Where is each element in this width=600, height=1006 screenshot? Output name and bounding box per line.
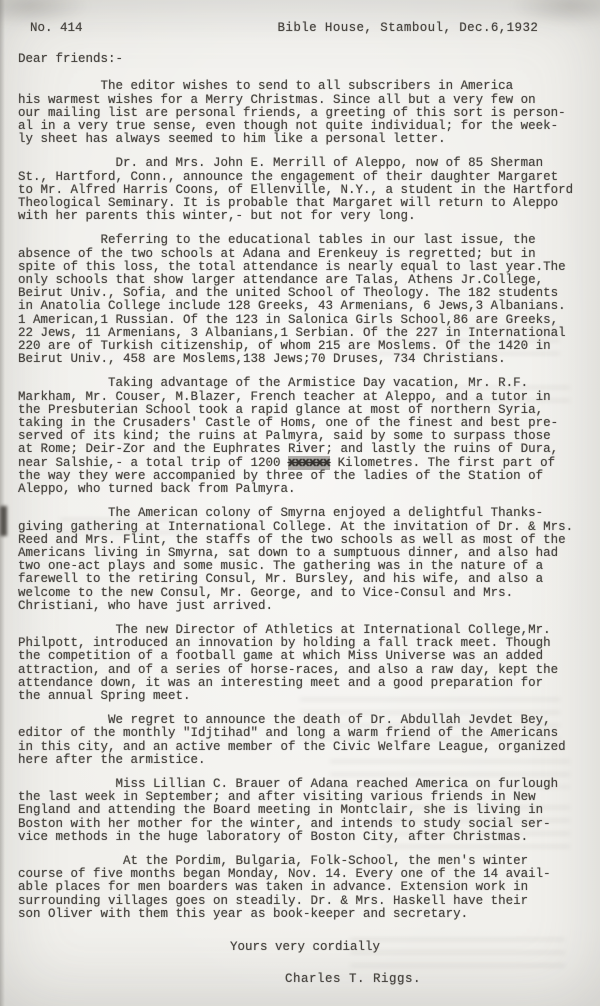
paragraph-6: The new Director of Athletics at Interna…: [18, 624, 582, 703]
text-line: absence of the two schools at Adana and …: [18, 248, 582, 261]
letter-header: No. 414 Bible House, Stamboul, Dec.6,193…: [30, 22, 582, 35]
text-line: attraction, and of a series of horse-rac…: [18, 664, 582, 677]
text-line: near Salshie,- a total trip of 1200 xxxx…: [18, 457, 582, 470]
text-line: Aleppo, who turned back from Palmyra.: [18, 483, 582, 496]
paragraph-5: The American colony of Smyrna enjoyed a …: [18, 507, 582, 613]
paragraph-1: The editor wishes to send to all subscri…: [18, 80, 582, 146]
signature: Charles T. Riggs.: [285, 973, 582, 986]
paragraph-3: Referring to the educational tables in o…: [18, 234, 582, 366]
struck-out-text: xxxxxx: [288, 456, 330, 470]
text-line: here after the armistice.: [18, 754, 582, 767]
text-line: able places for men boarders was taken i…: [18, 881, 582, 894]
text-run: Kilometres. The first part of: [330, 456, 555, 470]
text-line: England and attending the Board meeting …: [18, 804, 582, 817]
text-line: giving gathering at International Colleg…: [18, 521, 582, 534]
scanned-letter-page: No. 414 Bible House, Stamboul, Dec.6,193…: [0, 0, 600, 1006]
text-line: 1 American,1 Russian. Of the 123 in Salo…: [18, 314, 582, 327]
scan-left-edge-shadow: [0, 0, 5, 1006]
text-line: Referring to the educational tables in o…: [18, 234, 582, 247]
text-line: farewell to the retiring Consul, Mr. Bur…: [18, 573, 582, 586]
text-line: Reed and Mrs. Flint, the staffs of the t…: [18, 534, 582, 547]
text-line: welcome to the new Consul, Mr. George, a…: [18, 587, 582, 600]
text-line: in this city, and an active member of th…: [18, 741, 582, 754]
text-line: in Anatolia College include 128 Greeks, …: [18, 300, 582, 313]
scan-edge-mark: [0, 506, 7, 536]
text-line: the annual Spring meet.: [18, 690, 582, 703]
paragraph-8: Miss Lillian C. Brauer of Adana reached …: [18, 778, 582, 844]
text-line: Beirut Univ., 458 are Moslems,138 Jews;7…: [18, 353, 582, 366]
text-line: Christiani, who have just arrived.: [18, 600, 582, 613]
text-line: Taking advantage of the Armistice Day va…: [18, 377, 582, 390]
paragraph-7: We regret to announce the death of Dr. A…: [18, 714, 582, 767]
text-line: surrounding villages goes on steadily. D…: [18, 895, 582, 908]
text-line: Markham, Mr. Couser, M.Blazer, French te…: [18, 391, 582, 404]
text-line: The editor wishes to send to all subscri…: [18, 80, 582, 93]
text-line: his warmest wishes for a Merry Christmas…: [18, 94, 582, 107]
paragraph-4: Taking advantage of the Armistice Day va…: [18, 377, 582, 496]
text-run: near Salshie,- a total trip of 1200: [18, 456, 288, 470]
text-line: editor of the monthly "Idjtihad" and lon…: [18, 727, 582, 740]
letter-body: The editor wishes to send to all subscri…: [18, 80, 582, 921]
text-line: the competition of a football game at wh…: [18, 650, 582, 663]
paragraph-2: Dr. and Mrs. John E. Merrill of Aleppo, …: [18, 157, 582, 223]
paragraph-9: At the Pordim, Bulgaria, Folk-School, th…: [18, 855, 582, 921]
salutation: Dear friends:-: [18, 53, 582, 66]
text-line: Dr. and Mrs. John E. Merrill of Aleppo, …: [18, 157, 582, 170]
text-line: The American colony of Smyrna enjoyed a …: [18, 507, 582, 520]
text-line: with her parents this winter,- but not f…: [18, 210, 582, 223]
text-line: Boston with her mother for the winter, a…: [18, 818, 582, 831]
text-line: son Oliver with them this year as book-k…: [18, 908, 582, 921]
dateline: Bible House, Stamboul, Dec.6,1932: [278, 22, 539, 35]
text-line: St., Hartford, Conn., announce the engag…: [18, 171, 582, 184]
text-line: ly sheet has always seemed to him like a…: [18, 133, 582, 146]
closing: Yours very cordially: [230, 941, 582, 954]
doc-number: No. 414: [30, 22, 83, 35]
text-line: attendance down, it was an interesting m…: [18, 677, 582, 690]
text-line: vice methods in the huge laboratory of B…: [18, 831, 582, 844]
